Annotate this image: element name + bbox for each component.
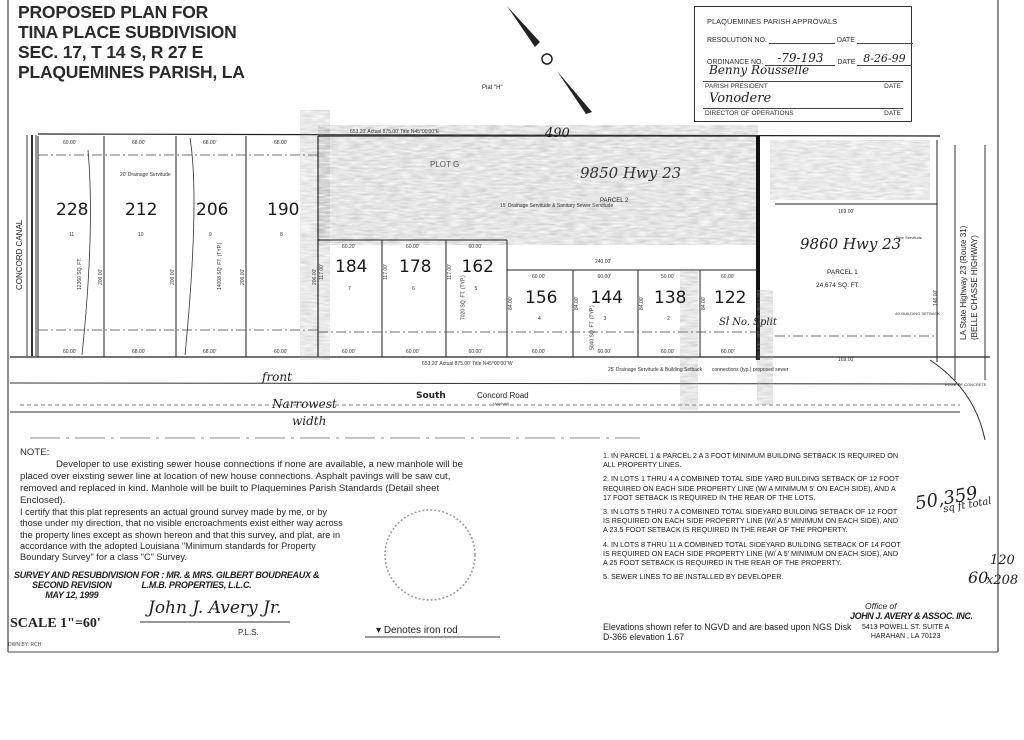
road-sub-label: (Asphalt): [493, 401, 510, 406]
lot-rear-dim: 60.00': [469, 349, 483, 355]
parcel-2-address: 9850 Hwy 23: [580, 164, 681, 182]
lot-area: 14008 SQ. FT. (TYP.): [217, 242, 223, 290]
upper-lots: [38, 136, 318, 357]
lot-front-dim: 68.00': [274, 140, 288, 146]
lot-id-2: 2: [667, 316, 670, 322]
handwritten-490: 490: [544, 126, 570, 141]
lot-id-6: 6: [412, 286, 415, 292]
lot-area: 7020 SQ. FT. (TYP.): [461, 275, 467, 320]
lot-number-156: 156: [525, 288, 557, 308]
north-arrow-icon: [507, 6, 592, 114]
lot-depth-dim: 206.00': [240, 269, 246, 285]
survey-info: SURVEY AND RESUBDIVISION FOR : MR. & MRS…: [14, 570, 319, 600]
lot-rear-dim: 60.00': [661, 349, 675, 355]
lot-rear-dim: 60.00': [532, 349, 546, 355]
lot-number-190: 190: [267, 200, 299, 220]
lot-id-7: 7: [348, 286, 351, 292]
lot-front-dim: 60.00': [469, 244, 483, 250]
firm-name: JOHN J. AVERY & ASSOC. INC.: [850, 611, 973, 621]
lot-id-9: 9: [209, 232, 212, 238]
edge-of-concrete: EDGE OF CONCRETE: [945, 382, 987, 387]
road-label: Concord Road: [477, 391, 529, 400]
servitude-20: 20' Drainage Servitude: [120, 172, 171, 178]
servitude-15: 15' Drainage Servitude & Sanitary Sewer …: [500, 203, 613, 209]
width-note: width: [292, 414, 326, 428]
lot-number-162: 162: [462, 257, 494, 277]
setback-rule-1: 1. IN PARCEL 1 & PARCEL 2 A 3 FOOT MINIM…: [603, 451, 903, 469]
connections-note: connections (typ.) proposed sewer: [712, 367, 789, 373]
handwritten-margin-2: 120: [990, 553, 1015, 568]
survey-date: MAY 12, 1999: [32, 590, 112, 600]
lot-note: Sl No. Split: [719, 317, 778, 328]
lot-rear-dim: 60.00': [406, 349, 420, 355]
plat-ref: Plat "H": [482, 85, 503, 91]
lot-id-4: 4: [538, 316, 541, 322]
lot-depth-dim: 206.00': [312, 269, 318, 285]
lot-depth-dim: 84.00': [701, 296, 707, 310]
note-heading: NOTE:: [20, 447, 470, 459]
lot-number-212: 212: [125, 200, 157, 220]
canal-label: CONCORD CANAL: [15, 219, 24, 290]
parcel-1: [770, 140, 985, 440]
lot-number-206: 206: [196, 200, 228, 220]
survey-for: SURVEY AND RESUBDIVISION FOR : MR. & MRS…: [14, 570, 319, 580]
iron-rod-icon: ▾: [376, 625, 384, 636]
setback-rules: 1. IN PARCEL 1 & PARCEL 2 A 3 FOOT MINIM…: [603, 451, 903, 586]
front-note: front: [261, 370, 292, 384]
lot-depth-dim: 117.00': [383, 264, 389, 280]
surveyor-certification: I certify that this plat represents an a…: [20, 507, 350, 563]
plot-label: PLOT G: [430, 160, 459, 169]
lot-rear-dim: 60.00': [342, 349, 356, 355]
surveyor-signature: John J. Avery Jr.: [148, 598, 282, 618]
lot-depth-dim: 84.00': [508, 296, 514, 310]
lot-id-5: 5: [475, 286, 478, 292]
parcel-1-width-bottom: 169.00': [838, 357, 854, 363]
setback-rule-2: 2. IN LOTS 1 THRU 4 A COMBINED TOTAL SID…: [603, 474, 903, 502]
parcel-1-address: 9860 Hwy 23: [800, 235, 901, 253]
note-text: Developer to use existing sewer house co…: [20, 459, 470, 507]
surveyor-seal: [385, 510, 475, 600]
parcel-2-bottom-dim: 240.00': [595, 259, 611, 265]
elevations-note: Elevations shown refer to NGVD and are b…: [603, 622, 863, 642]
lot-depth-dim: 117.00': [447, 264, 453, 280]
lot-rear-dim: 60.00': [63, 349, 77, 355]
lot-number-178: 178: [399, 257, 431, 277]
lot-number-228: 228: [56, 200, 88, 220]
parcel-1-label: PARCEL 1: [827, 269, 858, 276]
lot-number-122: 122: [714, 288, 746, 308]
lot-rear-dim: 60.00': [274, 349, 288, 355]
lot-front-dim: 60.00': [63, 140, 77, 146]
lot-front-dim: 68.00': [132, 140, 146, 146]
lot-front-dim: 60.00': [532, 274, 546, 280]
lot-area: 12360 SQ. FT.: [77, 258, 83, 290]
bottom-boundary-dims: 653.20' Actual 875.00' Title N45°00'00"W: [422, 361, 513, 367]
parcel-1-width-top: 169.00': [838, 209, 854, 215]
lot-front-dim: 60.00': [598, 274, 612, 280]
lot-depth-dim: 84.00': [639, 296, 645, 310]
lot-front-dim: 60.00': [406, 244, 420, 250]
servitude-25: 25' Drainage Servitude & Building Setbac…: [608, 367, 703, 373]
lot-front-dim: 60.20': [342, 244, 356, 250]
pls-label: P.L.S.: [238, 628, 259, 637]
lot-rear-dim: 68.00': [203, 349, 217, 355]
parcel-1-setback: 40' BUILDING SETBACK: [895, 311, 940, 316]
lot-number-144: 144: [591, 288, 623, 308]
iron-rod-legend: ▾ Denotes iron rod: [376, 625, 458, 636]
lot-depth-dim: 206.00': [98, 269, 104, 285]
lot-depth-dim: 84.00': [574, 296, 580, 310]
narrowest-note: Narrowest: [271, 397, 337, 411]
lot-rear-dim: 68.00': [132, 349, 146, 355]
lot-area: 5040 SQ. FT. (TYP.): [590, 305, 596, 350]
handwritten-margin-3: x208: [986, 573, 1018, 588]
lot-front-dim: 60.00': [721, 274, 735, 280]
drawn-by: DWN BY: RCH: [8, 642, 41, 648]
lot-depth-dim: 117.00': [319, 264, 325, 280]
lot-rear-dim: 60.00': [721, 349, 735, 355]
setback-rule-5: 5. SEWER LINES TO BE INSTALLED BY DEVELO…: [603, 572, 903, 581]
setback-rule-4: 4. IN LOTS 8 THRU 11 A COMBINED TOTAL SI…: [603, 540, 903, 568]
scale-label: SCALE 1"=60': [10, 616, 101, 632]
lot-id-8: 8: [280, 232, 283, 238]
highway-label: LA State Highway 23 (Route 31): [959, 225, 968, 340]
lot-rear-dim: 60.00': [598, 349, 612, 355]
firm-address: 5413 POWELL ST. SUITE A HARAHAN , LA 701…: [862, 624, 949, 641]
survey-for-line2: L.M.B. PROPERTIES, L.L.C.: [142, 580, 252, 600]
lot-front-dim: 68.00': [203, 140, 217, 146]
parcel-1-area: 24,674 SQ. FT.: [816, 282, 860, 289]
parcel-1-pipe: Pipe Servitude: [896, 235, 923, 240]
developer-note: NOTE: Developer to use existing sewer ho…: [20, 447, 470, 507]
lot-number-138: 138: [654, 288, 686, 308]
lot-id-3: 3: [604, 316, 607, 322]
top-boundary-dims: 653.20' Actual 875.00' Title N45°00'00"E: [350, 129, 440, 135]
setback-rule-3: 3. IN LOTS 5 THRU 7 A COMBINED TOTAL SID…: [603, 507, 903, 535]
survey-revision: SECOND REVISION: [32, 580, 112, 590]
parcel-1-depth: 146.00': [933, 290, 939, 306]
lot-number-184: 184: [335, 257, 367, 277]
lot-depth-dim: 206.00': [170, 269, 176, 285]
highway-alt-label: (BELLE CHASSE HIGHWAY): [970, 235, 979, 340]
lot-id-11: 11: [69, 232, 74, 238]
road-handwritten-south: South: [416, 391, 446, 401]
office-of-label: Office of: [865, 601, 897, 611]
lot-front-dim: 50.00': [661, 274, 675, 280]
lot-id-10: 10: [138, 232, 144, 238]
